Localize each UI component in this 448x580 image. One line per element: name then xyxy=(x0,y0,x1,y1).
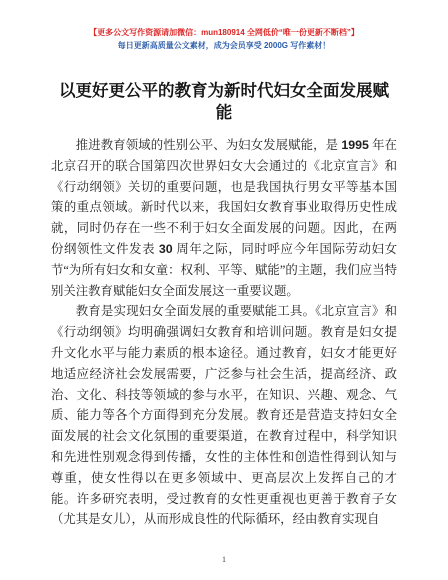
document-body: 推进教育领域的性别公平、为妇女发展赋能，是 1995 年在北京召开的联合国第四次… xyxy=(51,135,397,530)
document-page: 【更多公文写作资源请加微信：mun180914 全网低价“唯一份更新不断档”】 … xyxy=(0,0,448,580)
document-title: 以更好更公平的教育为新时代妇女全面发展赋能 xyxy=(51,80,397,124)
bold-number-segment: 30 xyxy=(159,242,173,256)
bold-number-segment: 1995 xyxy=(341,138,369,152)
body-paragraph: 推进教育领域的性别公平、为妇女发展赋能，是 1995 年在北京召开的联合国第四次… xyxy=(51,135,397,301)
text-segment: 推进教育领域的性别公平、为妇女发展赋能，是 xyxy=(76,138,342,152)
body-paragraph: 教育是实现妇女全面发展的重要赋能工具。《北京宣言》和《行动纲领》均明确强调妇女教… xyxy=(51,301,397,530)
text-segment: 年在北京召开的联合国第四次世界妇女大会通过的《北京宣言》和《行动纲领》关切的重要… xyxy=(51,138,397,256)
page-number: 1 xyxy=(0,554,448,564)
watermark-header: 【更多公文写作资源请加微信：mun180914 全网低价“唯一份更新不断档”】 … xyxy=(0,0,448,51)
text-segment: 教育是实现妇女全面发展的重要赋能工具。《北京宣言》和《行动纲领》均明确强调妇女教… xyxy=(51,304,397,526)
watermark-line-1: 【更多公文写作资源请加微信：mun180914 全网低价“唯一份更新不断档”】 xyxy=(0,27,448,38)
watermark-line-2: 每日更新高质量公文素材，成为会员享受 2000G 写作素材！ xyxy=(0,40,448,51)
